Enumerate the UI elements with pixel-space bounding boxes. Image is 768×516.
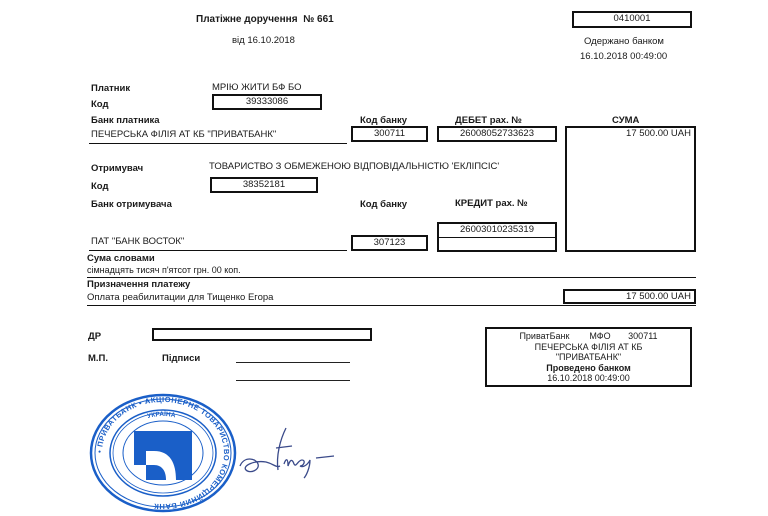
amount-label: СУМА xyxy=(612,115,639,126)
bank-processed-stamp: ПриватБанк МФО 300711 ПЕЧЕРСЬКА ФІЛІЯ АТ… xyxy=(485,327,692,387)
stamp-branch-line2: "ПРИВАТБАНК" xyxy=(487,352,690,363)
stamp-processed-datetime: 16.10.2018 00:49:00 xyxy=(487,373,690,384)
purpose-text: Оплата реабилитации для Тищенко Егора xyxy=(87,292,273,303)
amount-box: 17 500.00 UAH xyxy=(565,126,696,252)
stamp-branch-line1: ПЕЧЕРСЬКА ФІЛІЯ АТ КБ xyxy=(487,342,690,353)
signature-line-1 xyxy=(236,362,350,363)
recipient-label: Отримувач xyxy=(91,163,143,174)
recipient-code-label: Код xyxy=(91,181,109,192)
payer-label: Платник xyxy=(91,83,130,94)
dr-label: ДР xyxy=(88,331,101,342)
stamp-mfo-label: МФО xyxy=(589,331,610,341)
payer-code-box: 39333086 xyxy=(212,94,322,110)
purpose-label: Призначення платежу xyxy=(87,279,190,290)
document-date: від 16.10.2018 xyxy=(232,35,295,46)
signatures-label: Підписи xyxy=(162,353,200,364)
amount-words: сімнадцять тисяч п'ятсот грн. 00 коп. xyxy=(87,265,241,275)
amount-value: 17 500.00 UAH xyxy=(626,128,691,139)
stamp-processed-label: Проведено банком xyxy=(487,363,690,374)
stamp-bank-name: ПриватБанк xyxy=(519,331,569,341)
credit-account-value: 26003010235319 xyxy=(439,224,555,238)
dr-box xyxy=(152,328,372,341)
title-text: Платіжне доручення xyxy=(196,14,298,25)
purpose-underline xyxy=(87,305,696,306)
debit-account-label: ДЕБЕТ рах. № xyxy=(455,115,522,126)
bank-seal-icon: • ПРИВАТБАНК • АКЦІОНЕРНЕ ТОВАРИСТВО КОМ… xyxy=(88,393,238,513)
credit-account-box: 26003010235319 xyxy=(437,222,557,252)
purpose-amount-box: 17 500.00 UAH xyxy=(563,289,696,304)
credit-account-label: КРЕДИТ рах. № xyxy=(455,198,528,209)
payer-code-label: Код xyxy=(91,99,109,110)
stamp-mfo: 300711 xyxy=(628,331,657,341)
stamp-bank-line: ПриватБанк МФО 300711 xyxy=(487,331,690,342)
amount-words-underline xyxy=(87,277,696,278)
debit-account-box: 26008052733623 xyxy=(437,126,557,142)
payer-bank-code-label: Код банку xyxy=(360,115,407,126)
document-title: Платіжне доручення № 661 xyxy=(196,14,334,25)
payer-name: МРІЮ ЖИТИ БФ БО xyxy=(212,82,302,93)
signature-icon xyxy=(236,418,356,488)
payer-bank-label: Банк платника xyxy=(91,115,160,126)
document-number: № 661 xyxy=(303,14,334,25)
recipient-bank-code-label: Код банку xyxy=(360,199,407,210)
payer-bank-code-box: 300711 xyxy=(351,126,428,142)
recipient-bank-label: Банк отримувача xyxy=(91,199,172,210)
recipient-bank-code-box: 307123 xyxy=(351,235,428,251)
recipient-code-box: 38352181 xyxy=(210,177,318,193)
received-by-bank-label: Одержано банком xyxy=(584,36,664,47)
recipient-bank-name: ПАТ "БАНК ВОСТОК" xyxy=(91,236,184,247)
received-datetime: 16.10.2018 00:49:00 xyxy=(580,51,667,62)
form-code-box: 0410001 xyxy=(572,11,692,28)
recipient-name: ТОВАРИСТВО З ОБМЕЖЕНОЮ ВІДПОВІДАЛЬНІСТЮ … xyxy=(209,161,499,172)
payer-bank-name: ПЕЧЕРСЬКА ФІЛІЯ АТ КБ "ПРИВАТБАНК" xyxy=(91,129,276,140)
signature-line-2 xyxy=(236,380,350,381)
mp-label: М.П. xyxy=(88,353,108,364)
amount-words-label: Сума словами xyxy=(87,253,155,264)
recipient-bank-underline xyxy=(89,250,347,251)
payer-bank-underline xyxy=(89,143,347,144)
